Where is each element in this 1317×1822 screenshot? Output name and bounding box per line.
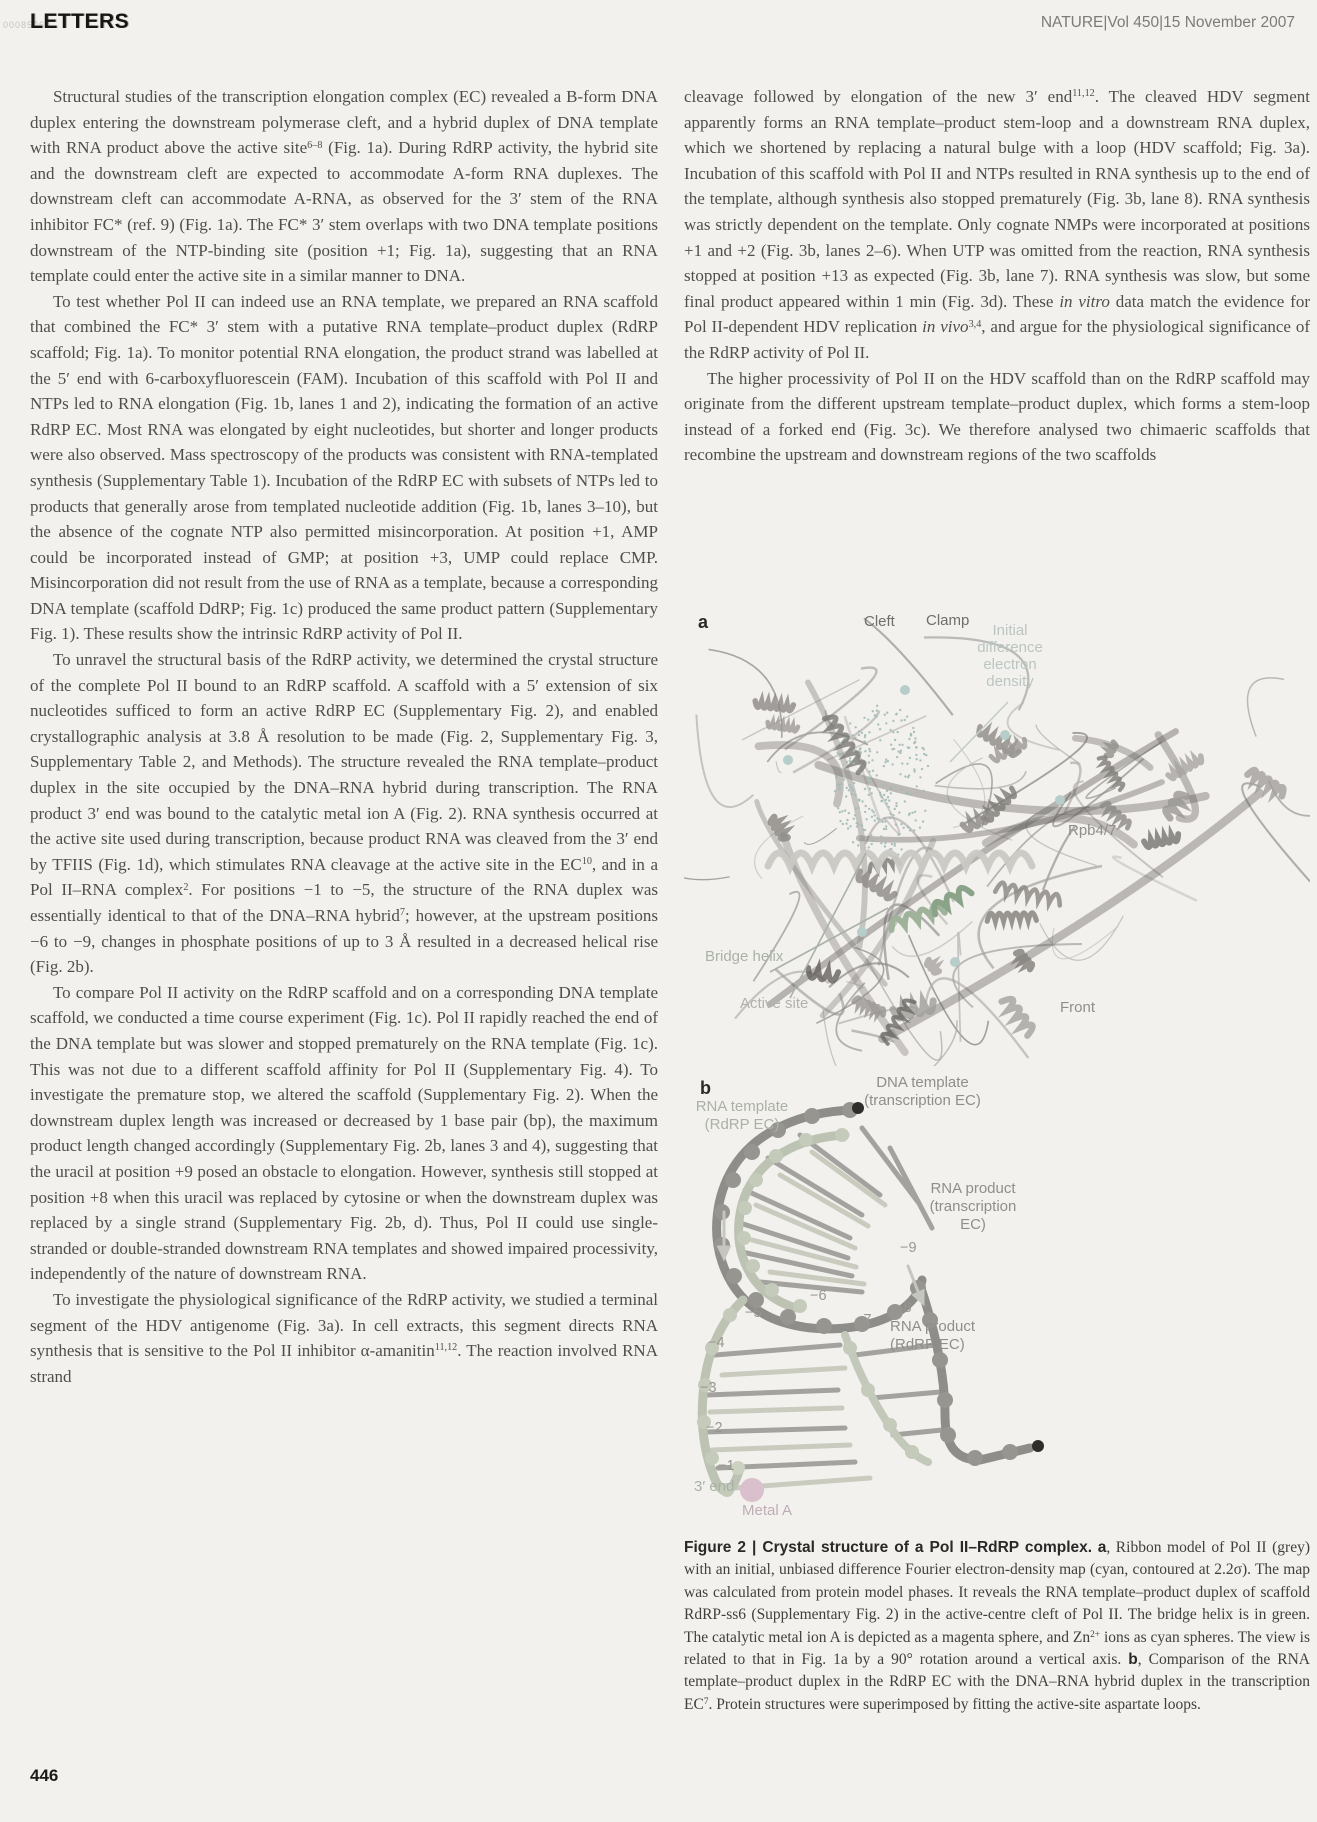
body-paragraph: To unravel the structural basis of the R… <box>30 647 658 980</box>
pale-helix-ribbon <box>768 853 1032 866</box>
rna-3prime-tip <box>1032 1440 1044 1452</box>
figure2-panel-b <box>684 1066 1310 1534</box>
bridge-helix-label: Bridge helix <box>705 948 783 965</box>
figure2-caption-body: a, Ribbon model of Pol II (grey) with an… <box>684 1539 1310 1713</box>
position-label: −6 <box>810 1288 827 1304</box>
position-label: −8 <box>895 1300 912 1316</box>
rna-template-label: RNA template (RdRP EC) <box>687 1098 797 1134</box>
rna-product-rdrp-label: RNA product (RdRP EC) <box>890 1318 1000 1354</box>
position-label: −1 <box>718 1458 735 1474</box>
active-site-label: Active site <box>740 995 808 1012</box>
dna-template-label: DNA template (transcription EC) <box>855 1074 990 1110</box>
panel-a-marker: a <box>698 612 708 633</box>
body-paragraph: To test whether Pol II can indeed use an… <box>30 289 658 647</box>
three-prime-end-label: 3′ end <box>694 1478 734 1495</box>
body-paragraph: To investigate the physiological signifi… <box>30 1287 658 1389</box>
body-paragraph: cleavage followed by elongation of the n… <box>684 84 1310 366</box>
position-label: −9 <box>900 1240 917 1256</box>
metal-a-sphere <box>740 1478 764 1502</box>
rpb47-label: Rpb4/7 <box>1068 822 1116 839</box>
density-label: Initial difference electron density <box>972 622 1048 690</box>
bridge-helix-coil <box>930 885 971 915</box>
position-label: −7 <box>855 1312 872 1328</box>
duplex-comparison-image <box>684 1066 1310 1534</box>
cleft-label: Cleft <box>864 613 895 630</box>
page-number: 446 <box>30 1766 58 1786</box>
left-text-column: Structural studies of the transcription … <box>30 84 658 1389</box>
panel-b-marker: b <box>700 1078 711 1099</box>
journal-page: 00085060 LETTERS NATURE|Vol 450|15 Novem… <box>0 0 1317 1822</box>
duplex-model <box>697 1102 1044 1502</box>
body-paragraph: The higher processivity of Pol II on the… <box>684 366 1310 468</box>
clamp-label: Clamp <box>926 612 969 629</box>
rna-product-transcription-label: RNA product (transcription EC) <box>918 1180 1028 1234</box>
position-label: −2 <box>706 1420 723 1436</box>
figure2-caption-title: Figure 2 | Crystal structure of a Pol II… <box>684 1539 1092 1556</box>
body-paragraph: Structural studies of the transcription … <box>30 84 658 289</box>
section-header: LETTERS <box>30 10 129 34</box>
metal-a-label: Metal A <box>742 1502 792 1519</box>
figure2-caption: Figure 2 | Crystal structure of a Pol II… <box>684 1537 1310 1716</box>
position-label: −4 <box>708 1335 725 1351</box>
right-text-column: cleavage followed by elongation of the n… <box>684 84 1310 468</box>
body-paragraph: To compare Pol II activity on the RdRP s… <box>30 980 658 1287</box>
rna-product-lower-backbone <box>920 1285 1030 1460</box>
position-label: −3 <box>700 1380 717 1396</box>
front-label: Front <box>1060 999 1095 1016</box>
position-label: −5 <box>745 1305 762 1321</box>
journal-reference: NATURE|Vol 450|15 November 2007 <box>1041 14 1295 32</box>
